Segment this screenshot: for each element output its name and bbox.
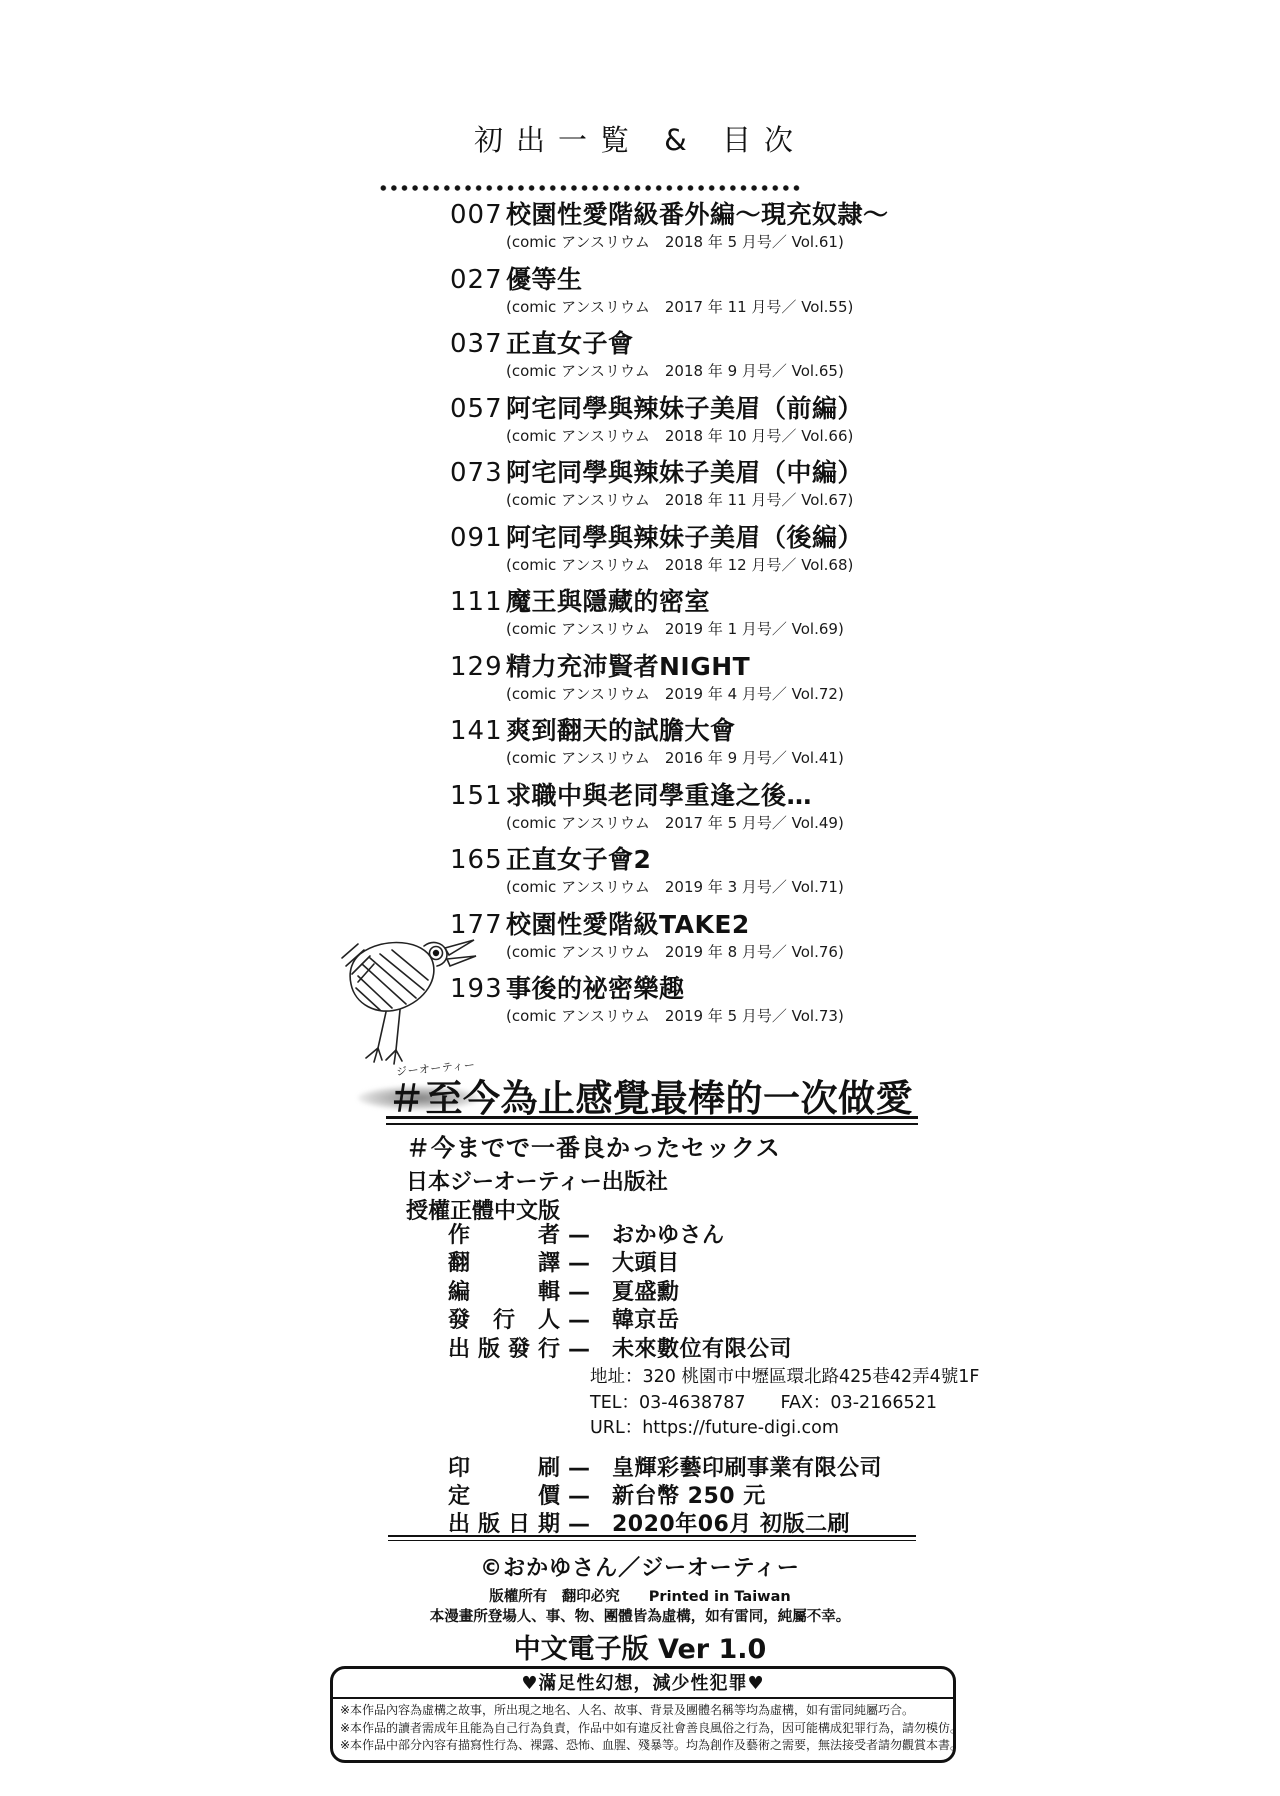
toc-entry-source: (comic アンスリウム 2018 年 5 月号／ Vol.61) xyxy=(450,232,930,253)
disclaimer-line: 本漫畫所登場人、事、物、團體皆為虛構，如有雷同，純屬不幸。 xyxy=(0,1605,1280,1626)
publisher-details: 地址：320 桃園市中壢區環北路425巷42弄4號1F TEL：03-46387… xyxy=(590,1365,1008,1442)
credit-value: 大頭目 xyxy=(612,1251,680,1276)
toc-entry: 007校園性愛階級番外編～現充奴隷～ (comic アンスリウム 2018 年 … xyxy=(450,198,930,253)
notice-body: ※本作品內容為虛構之故事，所出現之地名、人名、故事、背景及團體名稱等均為虛構，如… xyxy=(333,1699,953,1760)
credit-row-editor: 編 輯—夏盛勳 xyxy=(448,1279,1008,1307)
toc-entry-source: (comic アンスリウム 2019 年 8 月号／ Vol.76) xyxy=(450,942,930,963)
toc-page-number: 037 xyxy=(450,327,506,361)
credit-value: おかゆさん xyxy=(612,1223,725,1248)
toc-entry-title: 爽到翻天的試膽大會 xyxy=(506,714,736,748)
toc-entry-source: (comic アンスリウム 2016 年 9 月号／ Vol.41) xyxy=(450,748,930,769)
toc-page-number: 057 xyxy=(450,392,506,426)
credit-label: 印 刷 xyxy=(448,1455,560,1483)
toc-entry-source: (comic アンスリウム 2018 年 11 月号／ Vol.67) xyxy=(450,490,930,511)
credit-value: 新台幣 250 元 xyxy=(612,1484,766,1509)
toc-page-number: 007 xyxy=(450,198,506,232)
toc-entry-title: 正直女子會 xyxy=(506,327,634,361)
colophon-page: 初出一覧 & 目次 007校園性愛階級番外編～現充奴隷～ (comic アンスリ… xyxy=(0,0,1280,1796)
table-of-contents: 007校園性愛階級番外編～現充奴隷～ (comic アンスリウム 2018 年 … xyxy=(450,198,930,1037)
credit-dash: — xyxy=(568,1251,590,1276)
credit-row-translator: 翻 譯—大頭目 xyxy=(448,1250,1008,1278)
credit-value: 2020年06月 初版二刷 xyxy=(612,1512,850,1537)
notice-line: ※本作品內容為虛構之故事，所出現之地名、人名、故事、背景及團體名稱等均為虛構，如… xyxy=(340,1702,946,1720)
book-title-jp: ＃今までで一番良かったセックス xyxy=(406,1128,781,1163)
credit-label: 發 行 人 xyxy=(448,1307,560,1335)
toc-page-number: 165 xyxy=(450,843,506,877)
toc-entry: 073阿宅同學與辣妹子美眉（中編） (comic アンスリウム 2018 年 1… xyxy=(450,456,930,511)
toc-entry: 037正直女子會 (comic アンスリウム 2018 年 9 月号／ Vol.… xyxy=(450,327,930,382)
toc-entry-title: 阿宅同學與辣妹子美眉（後編） xyxy=(506,521,863,555)
credit-row-author: 作 者—おかゆさん xyxy=(448,1222,1008,1250)
publisher-block: 日本ジーオーティー出版社 授權正體中文版 xyxy=(406,1168,668,1226)
notice-line: ※本作品的讀者需成年且能為自己行為負責，作品中如有違反社會善良風俗之行為，因可能… xyxy=(340,1720,946,1738)
toc-entry-source: (comic アンスリウム 2018 年 12 月号／ Vol.68) xyxy=(450,555,930,576)
toc-entry: 165正直女子會2 (comic アンスリウム 2019 年 3 月号／ Vol… xyxy=(450,843,930,898)
publisher-name-jp: 日本ジーオーティー出版社 xyxy=(406,1168,668,1197)
toc-entry-title: 正直女子會2 xyxy=(506,843,651,877)
publisher-url: URL：https://future-digi.com xyxy=(590,1416,1008,1442)
toc-entry-source: (comic アンスリウム 2019 年 4 月号／ Vol.72) xyxy=(450,684,930,705)
toc-entry: 091阿宅同學與辣妹子美眉（後編） (comic アンスリウム 2018 年 1… xyxy=(450,521,930,576)
publisher-address: 地址：320 桃園市中壢區環北路425巷42弄4號1F xyxy=(590,1365,1008,1391)
credit-dash: — xyxy=(568,1308,590,1333)
credit-dash: — xyxy=(568,1280,590,1305)
credit-value: 夏盛勳 xyxy=(612,1280,680,1305)
toc-entry-title: 求職中與老同學重逢之後… xyxy=(506,779,812,813)
notice-line: ※本作品中部分內容有描寫性行為、裸露、恐怖、血腥、殘暴等。均為創作及藝術之需要，… xyxy=(340,1737,946,1755)
toc-entry-source: (comic アンスリウム 2017 年 11 月号／ Vol.55) xyxy=(450,297,930,318)
credits-list: 作 者—おかゆさん 翻 譯—大頭目 編 輯—夏盛勳 發 行 人—韓京岳 出版發行… xyxy=(448,1222,1008,1540)
toc-entry-source: (comic アンスリウム 2019 年 3 月号／ Vol.71) xyxy=(450,877,930,898)
credit-dash: — xyxy=(568,1484,590,1509)
toc-page-number: 073 xyxy=(450,456,506,490)
toc-page-number: 027 xyxy=(450,263,506,297)
toc-page-number: 129 xyxy=(450,650,506,684)
toc-page-number: 151 xyxy=(450,779,506,813)
copyright-line: ©おかゆさん／ジーオーティー xyxy=(0,1551,1280,1582)
credit-dash: — xyxy=(568,1223,590,1248)
toc-entry-title: 精力充沛賢者NIGHT xyxy=(506,650,750,684)
toc-entry-title: 校園性愛階級TAKE2 xyxy=(506,908,750,942)
toc-entry-source: (comic アンスリウム 2018 年 10 月号／ Vol.66) xyxy=(450,426,930,447)
credit-label: 翻 譯 xyxy=(448,1250,560,1278)
credit-dash: — xyxy=(568,1337,590,1362)
credit-value: 皇輝彩藝印刷事業有限公司 xyxy=(612,1456,882,1481)
toc-page-number: 091 xyxy=(450,521,506,555)
toc-entry-title: 事後的祕密樂趣 xyxy=(506,972,685,1006)
toc-entry-title: 魔王與隱藏的密室 xyxy=(506,585,710,619)
colophon-divider xyxy=(388,1535,916,1541)
dotted-divider xyxy=(378,183,802,191)
credit-label: 出版發行 xyxy=(448,1336,560,1364)
toc-entry-title: 優等生 xyxy=(506,263,583,297)
credit-row-printer: 印 刷—皇輝彩藝印刷事業有限公司 xyxy=(448,1455,1008,1483)
credit-label: 定 價 xyxy=(448,1483,560,1511)
book-title-zh: ＃至今為止感覺最棒的一次做愛 xyxy=(388,1068,928,1122)
rights-line: 版權所有 翻印必究 Printed in Taiwan xyxy=(0,1585,1280,1606)
toc-entry-source: (comic アンスリウム 2018 年 9 月号／ Vol.65) xyxy=(450,361,930,382)
page-title: 初出一覧 & 目次 xyxy=(0,118,1280,159)
credit-value: 韓京岳 xyxy=(612,1308,680,1333)
notice-box: ♥滿足性幻想，減少性犯罪♥ ※本作品內容為虛構之故事，所出現之地名、人名、故事、… xyxy=(330,1666,956,1763)
credit-row-publisher: 出版發行—未來數位有限公司 xyxy=(448,1336,1008,1364)
toc-entry-source: (comic アンスリウム 2017 年 5 月号／ Vol.49) xyxy=(450,813,930,834)
publisher-tel-fax: TEL：03-4638787 FAX：03-2166521 xyxy=(590,1391,1008,1417)
credit-row-price: 定 價—新台幣 250 元 xyxy=(448,1483,1008,1511)
toc-entry: 177校園性愛階級TAKE2 (comic アンスリウム 2019 年 8 月号… xyxy=(450,908,930,963)
toc-entry-title: 阿宅同學與辣妹子美眉（前編） xyxy=(506,392,863,426)
toc-entry-title: 阿宅同學與辣妹子美眉（中編） xyxy=(506,456,863,490)
credit-label: 編 輯 xyxy=(448,1279,560,1307)
toc-entry: 141爽到翻天的試膽大會 (comic アンスリウム 2016 年 9 月号／ … xyxy=(450,714,930,769)
toc-entry: 151求職中與老同學重逢之後… (comic アンスリウム 2017 年 5 月… xyxy=(450,779,930,834)
edition-version: 中文電子版 Ver 1.0 xyxy=(0,1627,1280,1666)
credit-dash: — xyxy=(568,1456,590,1481)
toc-entry-title: 校園性愛階級番外編～現充奴隷～ xyxy=(506,198,889,232)
toc-entry: 111魔王與隱藏的密室 (comic アンスリウム 2019 年 1 月号／ V… xyxy=(450,585,930,640)
toc-entry: 027優等生 (comic アンスリウム 2017 年 11 月号／ Vol.5… xyxy=(450,263,930,318)
toc-page-number: 141 xyxy=(450,714,506,748)
credit-label: 作 者 xyxy=(448,1222,560,1250)
toc-entry: 193事後的祕密樂趣 (comic アンスリウム 2019 年 5 月号／ Vo… xyxy=(450,972,930,1027)
toc-entry-source: (comic アンスリウム 2019 年 1 月号／ Vol.69) xyxy=(450,619,930,640)
credit-dash: — xyxy=(568,1512,590,1537)
notice-heading: ♥滿足性幻想，減少性犯罪♥ xyxy=(333,1669,953,1699)
toc-entry: 129精力充沛賢者NIGHT (comic アンスリウム 2019 年 4 月号… xyxy=(450,650,930,705)
credit-value: 未來數位有限公司 xyxy=(612,1337,792,1362)
toc-entry-source: (comic アンスリウム 2019 年 5 月号／ Vol.73) xyxy=(450,1006,930,1027)
toc-page-number: 111 xyxy=(450,585,506,619)
title-underline xyxy=(386,1116,918,1125)
credit-row-issuer: 發 行 人—韓京岳 xyxy=(448,1307,1008,1335)
toc-entry: 057阿宅同學與辣妹子美眉（前編） (comic アンスリウム 2018 年 1… xyxy=(450,392,930,447)
